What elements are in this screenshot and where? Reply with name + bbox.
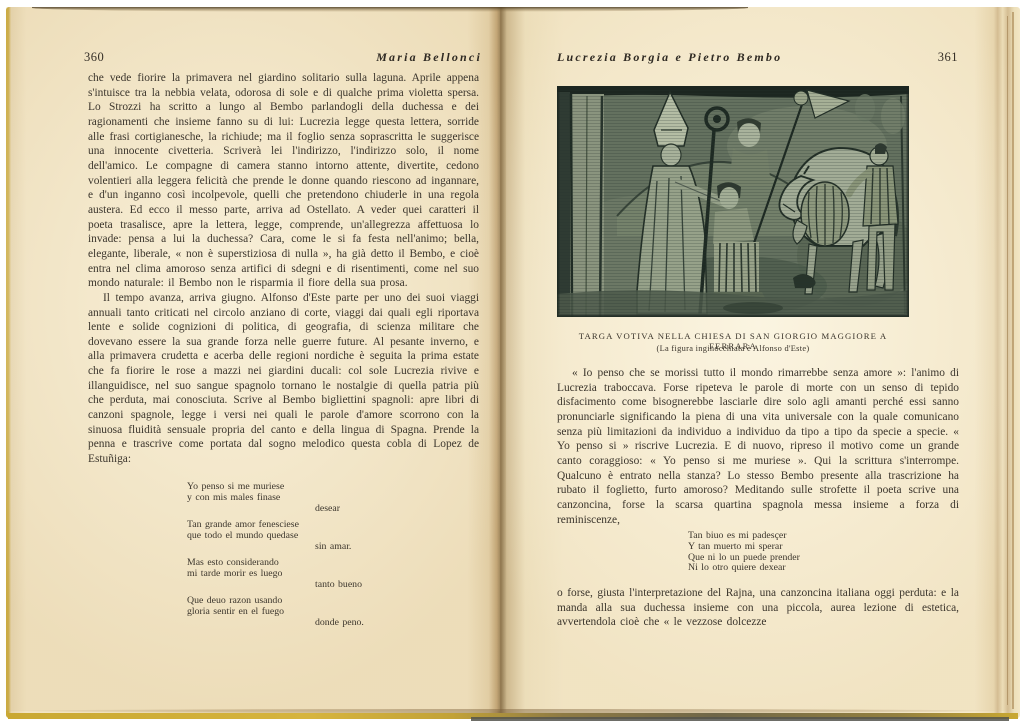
quartina-poem: Tan biuo es mi padesçer Y tan muerto mi … xyxy=(688,531,800,574)
poem-line: que todo el mundo quedase xyxy=(187,530,364,541)
poem-line: Yo penso si me muriese xyxy=(187,481,364,492)
figure-caption-line2: (La figura inginocchiata è Alfonso d'Est… xyxy=(557,344,909,353)
poem-line: Tan grande amor fenesciese xyxy=(187,519,364,530)
left-paragraph-2: Il tempo avanza, arriva giugno. Alfonso … xyxy=(88,291,479,467)
right-page-body: « Io penso che se morissi tutto il mondo… xyxy=(557,366,959,527)
poem-line: mi tarde morir es luego xyxy=(187,568,364,579)
poem-line: Que deuo razon usando xyxy=(187,595,364,606)
right-page-number: 361 xyxy=(938,50,958,65)
poem-line-offset: sin amar. xyxy=(315,541,364,552)
right-running-header: Lucrezia Borgia e Pietro Bembo xyxy=(557,50,782,65)
poem-line-offset: desear xyxy=(315,503,364,514)
right-page-header: Lucrezia Borgia e Pietro Bembo 361 xyxy=(557,50,958,65)
right-paragraph-1: « Io penso che se morissi tutto il mondo… xyxy=(557,366,959,527)
left-page-number: 360 xyxy=(84,50,104,65)
targa-votiva-photo xyxy=(557,86,909,317)
cobla-stanza-3: Mas esto considerando mi tarde morir es … xyxy=(187,557,364,590)
poem-line: gloria sentir en el fuego xyxy=(187,606,364,617)
left-running-header: Maria Bellonci xyxy=(376,50,482,65)
cobla-stanza-1: Yo penso si me muriese y con mis males f… xyxy=(187,481,364,514)
book-spread-scan: 360 Maria Bellonci che vede fiorire la p… xyxy=(0,0,1024,723)
votive-relief-engraving xyxy=(557,86,909,317)
right-page-body-2: o forse, giusta l'interpretazione del Ra… xyxy=(557,586,959,630)
poem-line: Mas esto considerando xyxy=(187,557,364,568)
fore-edge-line xyxy=(1007,16,1008,705)
left-paragraph-1: che vede fiorire la primavera nel giardi… xyxy=(88,71,479,291)
poem-line-offset: donde peno. xyxy=(315,617,364,628)
poem-line: y con mis males finase xyxy=(187,492,364,503)
fore-edge-line xyxy=(1012,12,1014,709)
left-page-body: che vede fiorire la primavera nel giardi… xyxy=(88,71,479,467)
poem-line: Y tan muerto mi sperar xyxy=(688,542,800,553)
right-paragraph-2: o forse, giusta l'interpretazione del Ra… xyxy=(557,586,959,630)
cobla-poem: Yo penso si me muriese y con mis males f… xyxy=(187,481,364,633)
poem-line-offset: tanto bueno xyxy=(315,579,364,590)
cobla-stanza-2: Tan grande amor fenesciese que todo el m… xyxy=(187,519,364,552)
cobla-stanza-4: Que deuo razon usando gloria sentir en e… xyxy=(187,595,364,628)
left-page-header: 360 Maria Bellonci xyxy=(84,50,482,65)
poem-line: Ni lo otro quiere dexear xyxy=(688,563,800,574)
cover-shadow xyxy=(471,717,1009,721)
